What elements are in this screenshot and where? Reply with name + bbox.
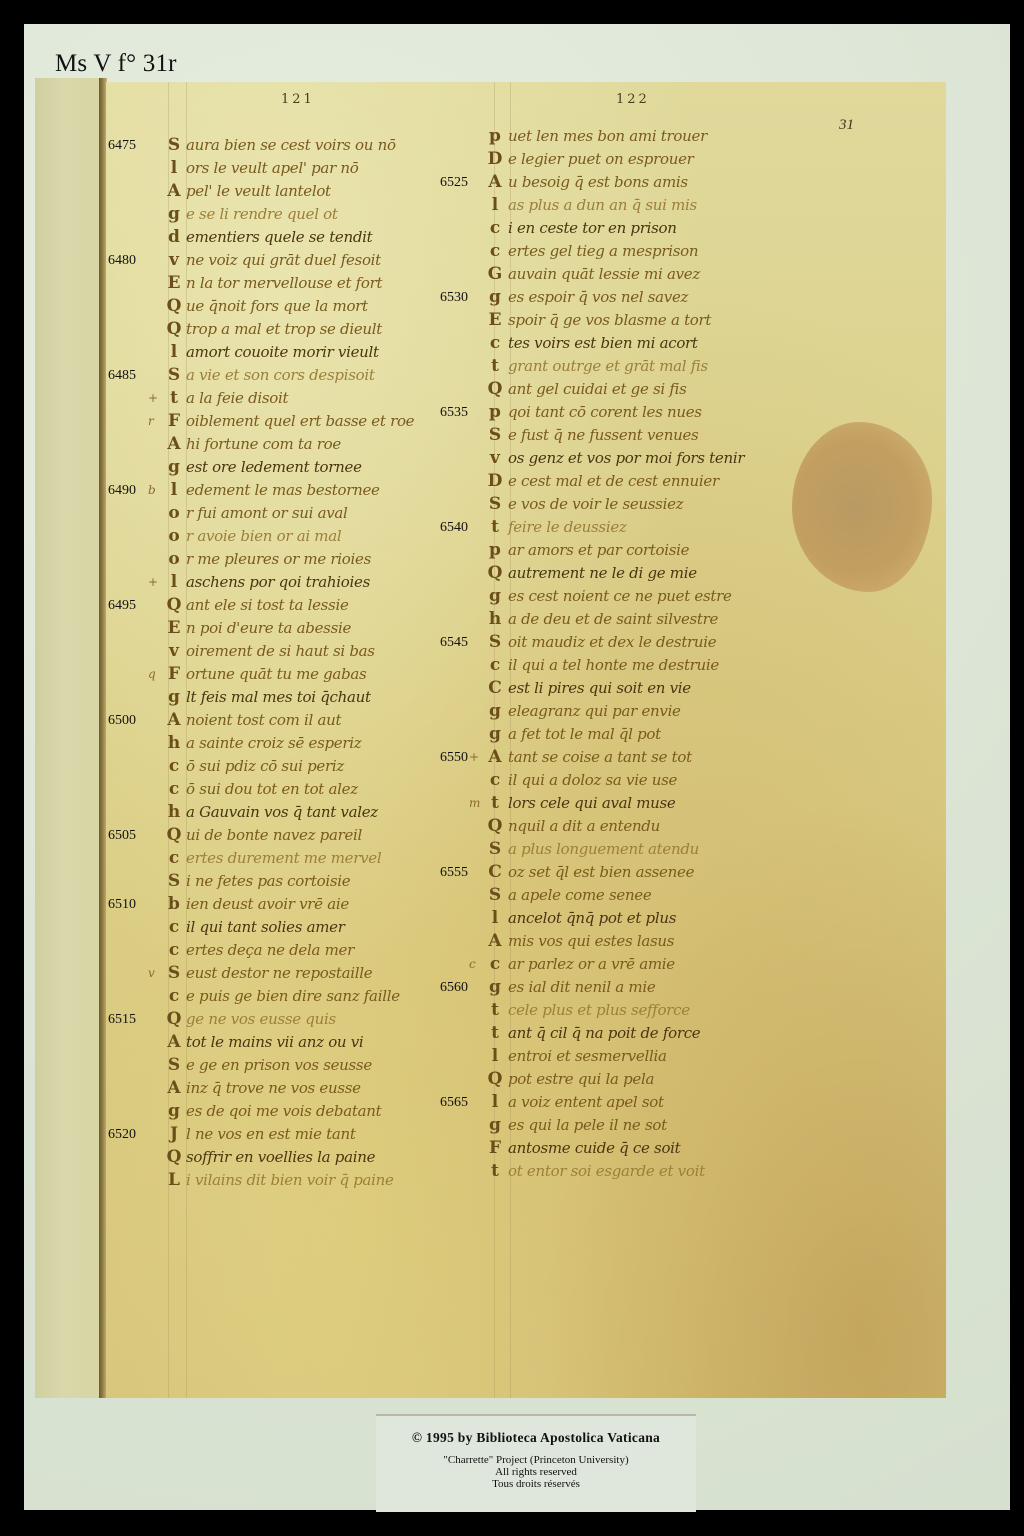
initial-letter: g [487,585,503,608]
initial-letter: A [487,746,503,769]
verse-text: oz set q̄l est bien assenee [508,861,694,884]
initial-letter: t [166,387,182,410]
verse-text: antosme cuide q̄ ce soit [508,1137,680,1160]
verse-text: as plus a dun an q̄ sui mis [508,194,697,217]
initial-letter: S [487,424,503,447]
verse-text: ant ele si tost ta lessie [186,594,349,617]
verse-text: tot le mains vii anz ou vi [186,1031,363,1054]
initial-letter: S [166,870,182,893]
verse-text: noient tost com il aut [186,709,341,732]
verse-text: oirement de si haut si bas [186,640,375,663]
initial-letter: c [487,953,503,976]
verse-text: oiblement quel ert basse et roe [186,410,414,433]
verse-text: mis vos qui estes lasus [508,930,674,953]
initial-letter: l [166,341,182,364]
verse-text: r me pleures or me rioies [186,548,371,571]
initial-letter: t [487,792,503,815]
initial-letter: c [487,654,503,677]
initial-letter: l [487,1091,503,1114]
verse-text: hi fortune com ta roe [186,433,341,456]
verse-text: ui de bonte navez pareil [186,824,362,847]
initial-letter: p [487,125,503,148]
initial-letter: A [166,1031,182,1054]
marginal-mark: m [469,792,480,815]
initial-letter: o [166,525,182,548]
initial-letter: A [166,180,182,203]
line-number: 6525 [440,171,480,194]
line-number: 6510 [108,893,148,916]
verse-text: i vilains dit bien voir q̄ paine [186,1169,394,1192]
verse-text: pel' le veult lantelot [186,180,331,203]
marginal-mark: + [148,387,158,410]
verse-text: eust destor ne repostaille [186,962,372,985]
marginal-mark: r [148,410,154,433]
initial-letter: Q [166,295,182,318]
initial-letter: g [487,1114,503,1137]
line-number: 6520 [108,1123,148,1146]
line-number: 6485 [108,364,148,387]
verse-text: ancelot q̄nq̄ pot et plus [508,907,676,930]
verse-text: oit maudiz et dex le destruie [508,631,716,654]
line-number: 6545 [440,631,480,654]
initial-letter: h [166,801,182,824]
verse-text: il qui tant solies amer [186,916,345,939]
initial-letter: c [166,985,182,1008]
initial-letter: G [487,263,503,286]
initial-letter: h [487,608,503,631]
verse-text: es ial dit nenil a mie [508,976,655,999]
verse-text: aura bien se cest voirs ou nō [186,134,396,157]
line-number: 6505 [108,824,148,847]
verse-text: qoi tant cō corent les nues [508,401,702,424]
verse-text: r avoie bien or ai mal [186,525,341,548]
verse-text: tes voirs est bien mi acort [508,332,698,355]
initial-letter: h [166,732,182,755]
initial-letter: F [166,663,182,686]
initial-letter: c [166,939,182,962]
verse-text: entroi et sesmervellia [508,1045,667,1068]
initial-letter: c [487,332,503,355]
initial-letter: E [166,617,182,640]
initial-letter: c [487,217,503,240]
verse-text: e legier puet on esprouer [508,148,694,171]
initial-letter: A [166,1077,182,1100]
project-credit: "Charrette" Project (Princeton Universit… [376,1454,696,1466]
initial-letter: Q [487,1068,503,1091]
initial-letter: l [487,1045,503,1068]
initial-letter: c [166,778,182,801]
verse-text: ortune quāt tu me gabas [186,663,366,686]
verse-text: a de deu et de saint silvestre [508,608,718,631]
initial-letter: l [166,571,182,594]
verse-text: a voiz entent apel sot [508,1091,664,1114]
verse-text: es espoir q̄ vos nel savez [508,286,688,309]
verse-text: pot estre qui la pela [508,1068,654,1091]
verse-text: e fust q̄ ne fussent venues [508,424,698,447]
initial-letter: S [487,884,503,907]
initial-letter: d [166,226,182,249]
initial-letter: S [166,962,182,985]
verse-text: a la feie disoit [186,387,288,410]
verse-text: e vos de voir le seussiez [508,493,683,516]
verse-text: i en ceste tor en prison [508,217,677,240]
initial-letter: t [487,1160,503,1183]
initial-letter: S [166,364,182,387]
verse-text: il qui a doloz sa vie use [508,769,677,792]
initial-letter: A [166,433,182,456]
initial-letter: t [487,999,503,1022]
verse-text: a apele come senee [508,884,651,907]
rights-english: All rights reserved [376,1466,696,1478]
verse-text: soffrir en voellies la paine [186,1146,375,1169]
initial-letter: g [166,456,182,479]
verse-text: ge ne vos eusse quis [186,1008,336,1031]
initial-letter: Q [487,378,503,401]
marginal-mark: q [148,663,156,686]
verse-text: autrement ne le di ge mie [508,562,697,585]
initial-letter: Q [166,1146,182,1169]
initial-letter: S [487,631,503,654]
verse-text: edement le mas bestornee [186,479,380,502]
initial-letter: v [487,447,503,470]
initial-letter: Q [166,1008,182,1031]
initial-letter: J [166,1123,182,1146]
verse-text: est li pires qui soit en vie [508,677,691,700]
initial-letter: c [487,769,503,792]
verse-text: spoir q̄ ge vos blasme a tort [508,309,711,332]
verse-text: ertes durement me mervel [186,847,381,870]
verse-text: e cest mal et de cest ennuier [508,470,719,493]
initial-letter: g [487,976,503,999]
verse-text: il qui a tel honte me destruie [508,654,719,677]
verse-text: trop a mal et trop se dieult [186,318,382,341]
initial-letter: F [166,410,182,433]
copyright-line: © 1995 by Biblioteca Apostolica Vaticana [376,1430,696,1446]
verse-text: i ne fetes pas cortoisie [186,870,350,893]
verse-text: est ore ledement tornee [186,456,362,479]
verse-text: auvain quāt lessie mi avez [508,263,700,286]
verse-text: grant outrge et grāt mal fis [508,355,708,378]
initial-letter: p [487,539,503,562]
verse-text: ant q̄ cil q̄ na poit de force [508,1022,700,1045]
initial-letter: E [487,309,503,332]
initial-letter: c [166,847,182,870]
initial-letter: D [487,148,503,171]
initial-letter: Q [166,594,182,617]
verse-text: amort couoite morir vieult [186,341,379,364]
verse-text: aschens por qoi trahioies [186,571,370,594]
verse-text: ar amors et par cortoisie [508,539,689,562]
verse-text: ne voiz qui grāt duel fesoit [186,249,381,272]
verse-text: a fet tot le mal q̄l pot [508,723,661,746]
initial-letter: t [487,516,503,539]
column-number-left: 121 [281,92,315,107]
verse-text: n la tor mervellouse et fort [186,272,382,295]
initial-letter: t [487,1022,503,1045]
verse-text: e puis ge bien dire sanz faille [186,985,400,1008]
initial-letter: g [487,723,503,746]
verse-text: ar parlez or a vrē amie [508,953,675,976]
verse-text: os genz et vos por moi fors tenir [508,447,744,470]
verse-text: inz q̄ trove ne vos eusse [186,1077,361,1100]
line-number: 6530 [440,286,480,309]
line-number: 6475 [108,134,148,157]
line-number: 6535 [440,401,480,424]
line-number: 6560 [440,976,480,999]
line-number: 6555 [440,861,480,884]
initial-letter: l [487,194,503,217]
line-number: 6565 [440,1091,480,1114]
initial-letter: g [166,1100,182,1123]
line-number: 6495 [108,594,148,617]
line-number: 6540 [440,516,480,539]
verse-text: es de qoi me vois debatant [186,1100,381,1123]
initial-letter: g [487,286,503,309]
rights-french: Tous droits réservés [376,1478,696,1490]
initial-letter: D [487,470,503,493]
verse-text: lors cele qui aval muse [508,792,676,815]
verse-text: ant gel cuidai et ge si fis [508,378,687,401]
initial-letter: c [166,755,182,778]
initial-letter: Q [166,824,182,847]
initial-letter: F [487,1137,503,1160]
initial-letter: g [487,700,503,723]
line-number: 6500 [108,709,148,732]
initial-letter: S [487,838,503,861]
initial-letter: t [487,355,503,378]
line-number: 6515 [108,1008,148,1031]
folio-annotation: 31 [839,117,854,134]
initial-letter: l [166,157,182,180]
initial-letter: v [166,249,182,272]
initial-letter: l [166,479,182,502]
verse-text: u besoig q̄ est bons amis [508,171,688,194]
marginal-mark: + [148,571,158,594]
verse-text: l ne vos en est mie tant [186,1123,356,1146]
verse-text: e ge en prison vos seusse [186,1054,372,1077]
initial-letter: o [166,548,182,571]
verse-text: ue q̄noit fors que la mort [186,295,368,318]
verse-text: lt feis mal mes toi q̄chaut [186,686,371,709]
initial-letter: Q [166,318,182,341]
line-number: 6480 [108,249,148,272]
initial-letter: Q [487,562,503,585]
initial-letter: S [166,134,182,157]
verse-text: e se li rendre quel ot [186,203,338,226]
verse-text: a vie et son cors despisoit [186,364,375,387]
marginal-mark: b [148,479,156,502]
initial-letter: l [487,907,503,930]
verse-text: ō sui dou tot en tot alez [186,778,358,801]
initial-letter: o [166,502,182,525]
initial-letter: A [166,709,182,732]
initial-letter: L [166,1169,182,1192]
verse-text: ementiers quele se tendit [186,226,372,249]
verse-text: feire le deussiez [508,516,627,539]
verse-text: ertes gel tieg a mesprison [508,240,698,263]
verse-text: ors le veult apel' par nō [186,157,359,180]
verse-text: es qui la pele il ne sot [508,1114,667,1137]
marginal-mark: + [469,746,479,769]
initial-letter: C [487,861,503,884]
initial-letter: A [487,171,503,194]
initial-letter: A [487,930,503,953]
initial-letter: c [487,240,503,263]
initial-letter: Q [487,815,503,838]
manuscript-leaf: 121 122 31 6475Saura bien se cest voirs … [106,82,946,1398]
slide-title: Ms V f° 31r [55,50,177,78]
verse-text: ot entor soi esgarde et voit [508,1160,705,1183]
initial-letter: b [166,893,182,916]
verse-text: cele plus et plus sefforce [508,999,690,1022]
marginal-mark: v [148,962,155,985]
verse-text: ō sui pdiz cō sui periz [186,755,344,778]
verse-text: a Gauvain vos q̄ tant valez [186,801,378,824]
verse-text: n poi d'eure ta abessie [186,617,351,640]
water-stain [792,422,932,592]
verse-text: ertes deça ne dela mer [186,939,354,962]
verse-text: es cest noient ce ne puet estre [508,585,732,608]
verse-text: nquil a dit a entendu [508,815,660,838]
initial-letter: p [487,401,503,424]
copyright-label: © 1995 by Biblioteca Apostolica Vaticana… [376,1414,696,1512]
marginal-mark: c [469,953,476,976]
initial-letter: C [487,677,503,700]
preceding-leaf-stub [35,78,105,1398]
verse-text: a sainte croiz sē esperiz [186,732,361,755]
verse-text: r fui amont or sui aval [186,502,348,525]
verse-text: ien deust avoir vrē aie [186,893,349,916]
initial-letter: g [166,686,182,709]
verse-text: tant se coise a tant se tot [508,746,692,769]
column-number-right: 122 [616,92,650,107]
verse-text: eleagranz qui par envie [508,700,681,723]
verse-text: uet len mes bon ami trouer [508,125,707,148]
initial-letter: E [166,272,182,295]
initial-letter: c [166,916,182,939]
initial-letter: g [166,203,182,226]
initial-letter: S [166,1054,182,1077]
initial-letter: v [166,640,182,663]
verse-text: a plus longuement atendu [508,838,699,861]
initial-letter: S [487,493,503,516]
line-number: 6490 [108,479,148,502]
